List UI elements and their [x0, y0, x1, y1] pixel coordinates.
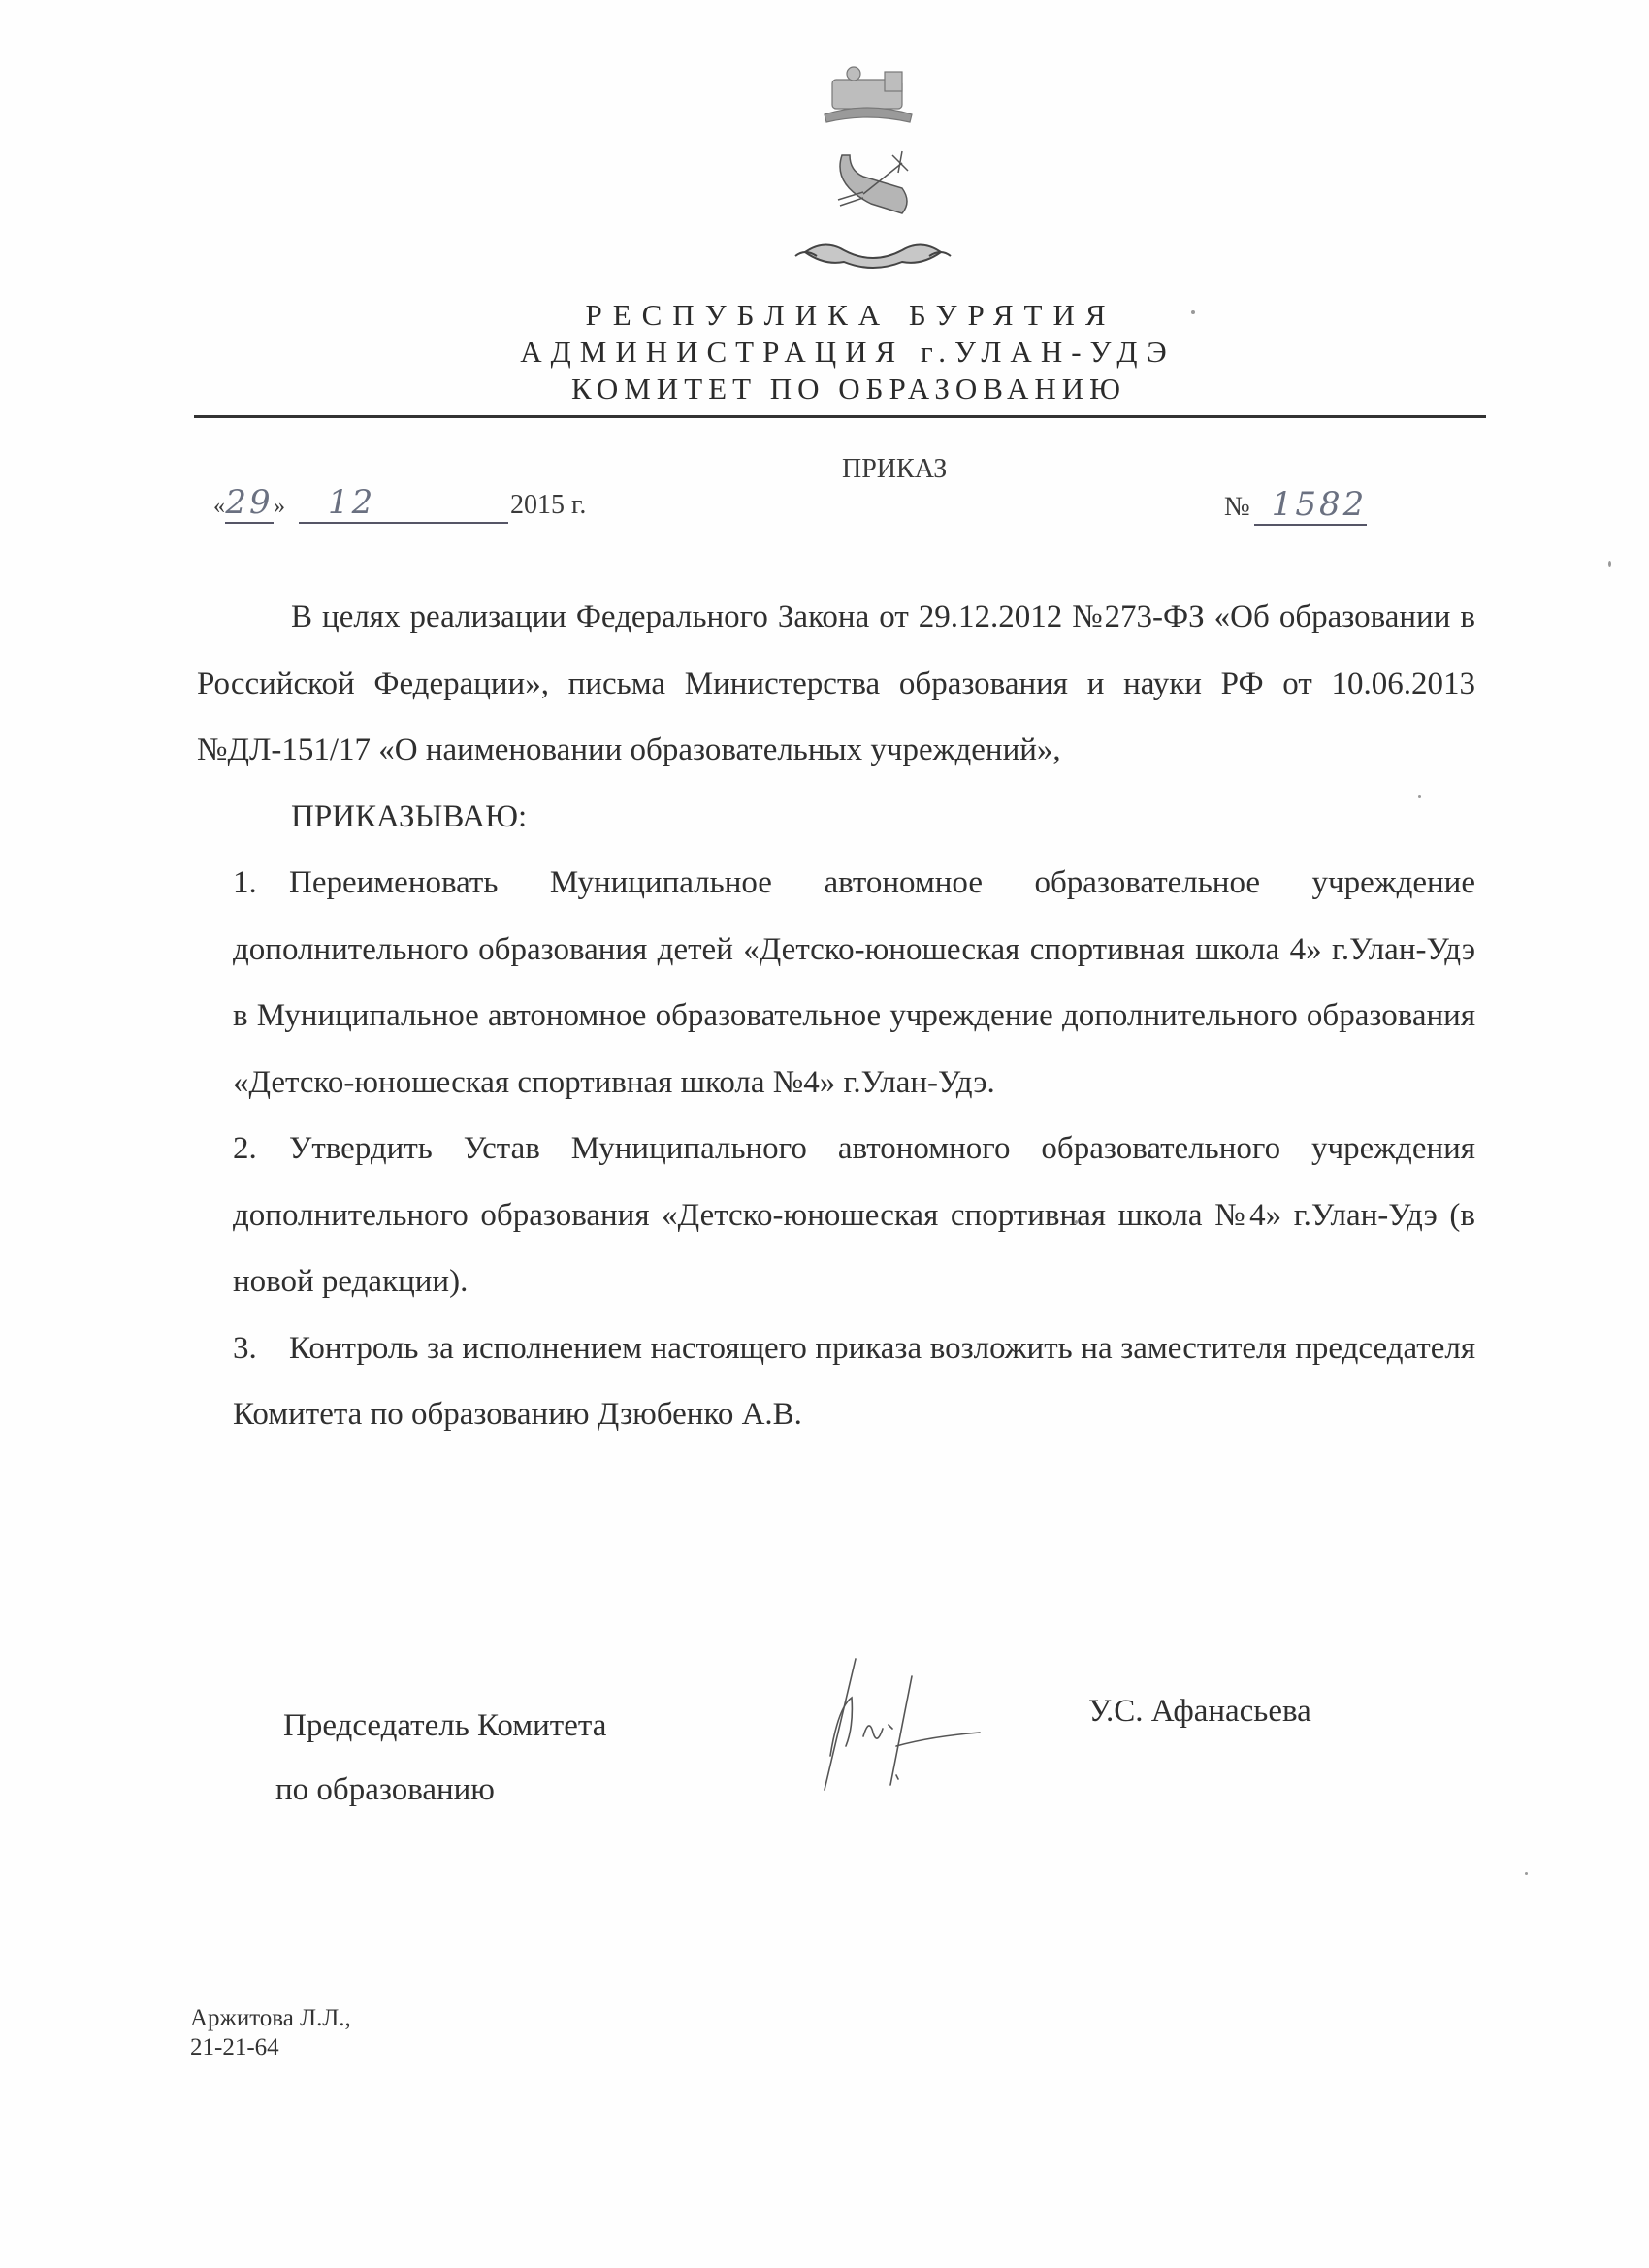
order-date: «29»122015 г.: [213, 483, 586, 524]
item-text: Переименовать Муниципальное автономное о…: [233, 850, 1475, 1116]
handwritten-signature-icon: [795, 1639, 1048, 1804]
order-directive: ПРИКАЗЫВАЮ:: [197, 784, 1475, 851]
item-text: Утвердить Устав Муниципального автономно…: [233, 1116, 1475, 1315]
scan-speck: [1525, 1872, 1528, 1875]
date-month: 12: [299, 483, 508, 524]
signatory-title-line1: Председатель Комитета: [283, 1694, 606, 1758]
coat-of-arms-icon: [757, 58, 989, 281]
preamble: В целях реализации Федерального Закона о…: [197, 584, 1475, 784]
scan-speck: [1608, 561, 1611, 567]
letterhead-divider: [194, 415, 1486, 418]
signatory-title-line2: по образованию: [275, 1758, 606, 1822]
number-label: №: [1224, 492, 1250, 522]
letterhead-committee: КОМИТЕТ ПО ОБРАЗОВАНИЮ: [194, 371, 1484, 407]
order-item: 1. Переименовать Муниципальное автономно…: [233, 850, 1475, 1116]
order-number: №1582: [1224, 485, 1367, 526]
letterhead-republic: РЕСПУБЛИКА БУРЯТИЯ: [194, 297, 1484, 334]
signatory-title: Председатель Комитета по образованию: [283, 1694, 606, 1822]
item-number: 3.: [233, 1315, 257, 1382]
item-number: 1.: [233, 850, 257, 917]
date-day: 29: [225, 483, 274, 524]
order-items: 1. Переименовать Муниципальное автономно…: [197, 850, 1475, 1448]
order-item: 2. Утвердить Устав Муниципального автоно…: [233, 1116, 1475, 1315]
executor-phone: 21-21-64: [190, 2033, 351, 2062]
order-title: ПРИКАЗ: [842, 454, 947, 485]
scan-speck: [1075, 1220, 1078, 1224]
date-open-quote: «: [213, 494, 225, 519]
number-value: 1582: [1254, 485, 1367, 526]
document-page: РЕСПУБЛИКА БУРЯТИЯ АДМИНИСТРАЦИЯ г.УЛАН-…: [0, 0, 1649, 2268]
letterhead: РЕСПУБЛИКА БУРЯТИЯ АДМИНИСТРАЦИЯ г.УЛАН-…: [194, 297, 1484, 407]
date-year: 2015 г.: [510, 490, 586, 520]
item-text: Контроль за исполнением настоящего прика…: [233, 1315, 1475, 1448]
order-body: В целях реализации Федерального Закона о…: [197, 584, 1475, 1448]
order-item: 3. Контроль за исполнением настоящего пр…: [233, 1315, 1475, 1448]
letterhead-administration: АДМИНИСТРАЦИЯ г.УЛАН-УДЭ: [194, 334, 1484, 371]
scan-speck: [1191, 310, 1195, 314]
scan-speck: [1418, 795, 1421, 798]
signatory-name: У.С. Афанасьева: [1088, 1694, 1311, 1730]
item-number: 2.: [233, 1116, 257, 1183]
date-close-quote: »: [274, 494, 285, 519]
executor-info: Аржитова Л.Л., 21-21-64: [190, 2004, 351, 2062]
executor-name: Аржитова Л.Л.,: [190, 2004, 351, 2033]
